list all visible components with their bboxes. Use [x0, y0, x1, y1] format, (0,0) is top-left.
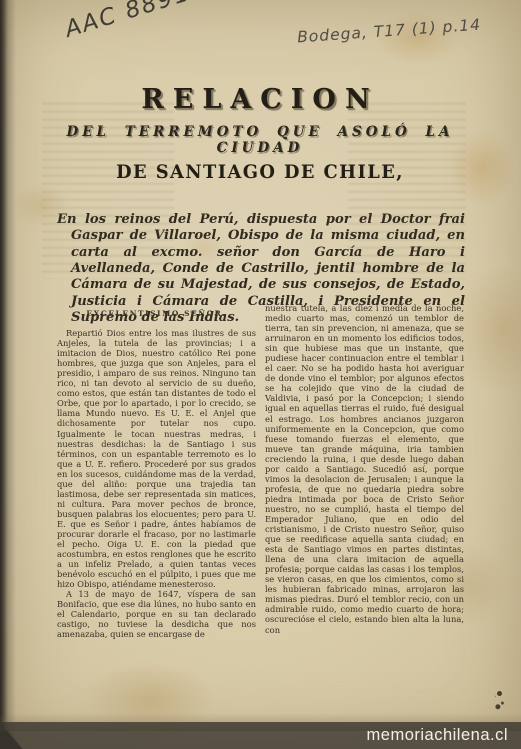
body-paragraph: nuestra tutela, a las diez i media de la…	[265, 303, 464, 635]
body-paragraph: A 13 de mayo de 1647, víspera de san Bon…	[57, 589, 256, 639]
document-title-line2: DEL TERREMOTO QUE ASOLÓ LA CIUDAD	[45, 124, 475, 156]
watermark-band: memoriachilena.cl	[0, 722, 521, 749]
shelfmark-annotation-left: AAC 8891 c.2	[62, 0, 241, 43]
shelfmark-annotation-right: Bodega, T17 (1) p.14	[297, 16, 482, 47]
watermark-text: memoriachilena.cl	[367, 726, 508, 745]
ink-smudge-mark	[496, 690, 502, 696]
body-paragraph: Repartió Dios entre los mas ilustres de …	[57, 328, 256, 589]
page-torn-edge	[0, 0, 16, 749]
salutation-heading: EXCELENTISIMO SEÑOR.	[57, 309, 256, 319]
body-column-left: EXCELENTISIMO SEÑOR. Repartió Dios entre…	[57, 303, 256, 640]
scanned-page: AAC 8891 c.2 Bodega, T17 (1) p.14 RELACI…	[0, 0, 521, 749]
body-columns: EXCELENTISIMO SEÑOR. Repartió Dios entre…	[57, 303, 464, 640]
document-title-line3: DE SANTIAGO DE CHILE,	[58, 161, 462, 183]
document-title-line1: RELACION	[45, 84, 475, 115]
body-column-right: nuestra tutela, a las diez i media de la…	[265, 303, 464, 640]
